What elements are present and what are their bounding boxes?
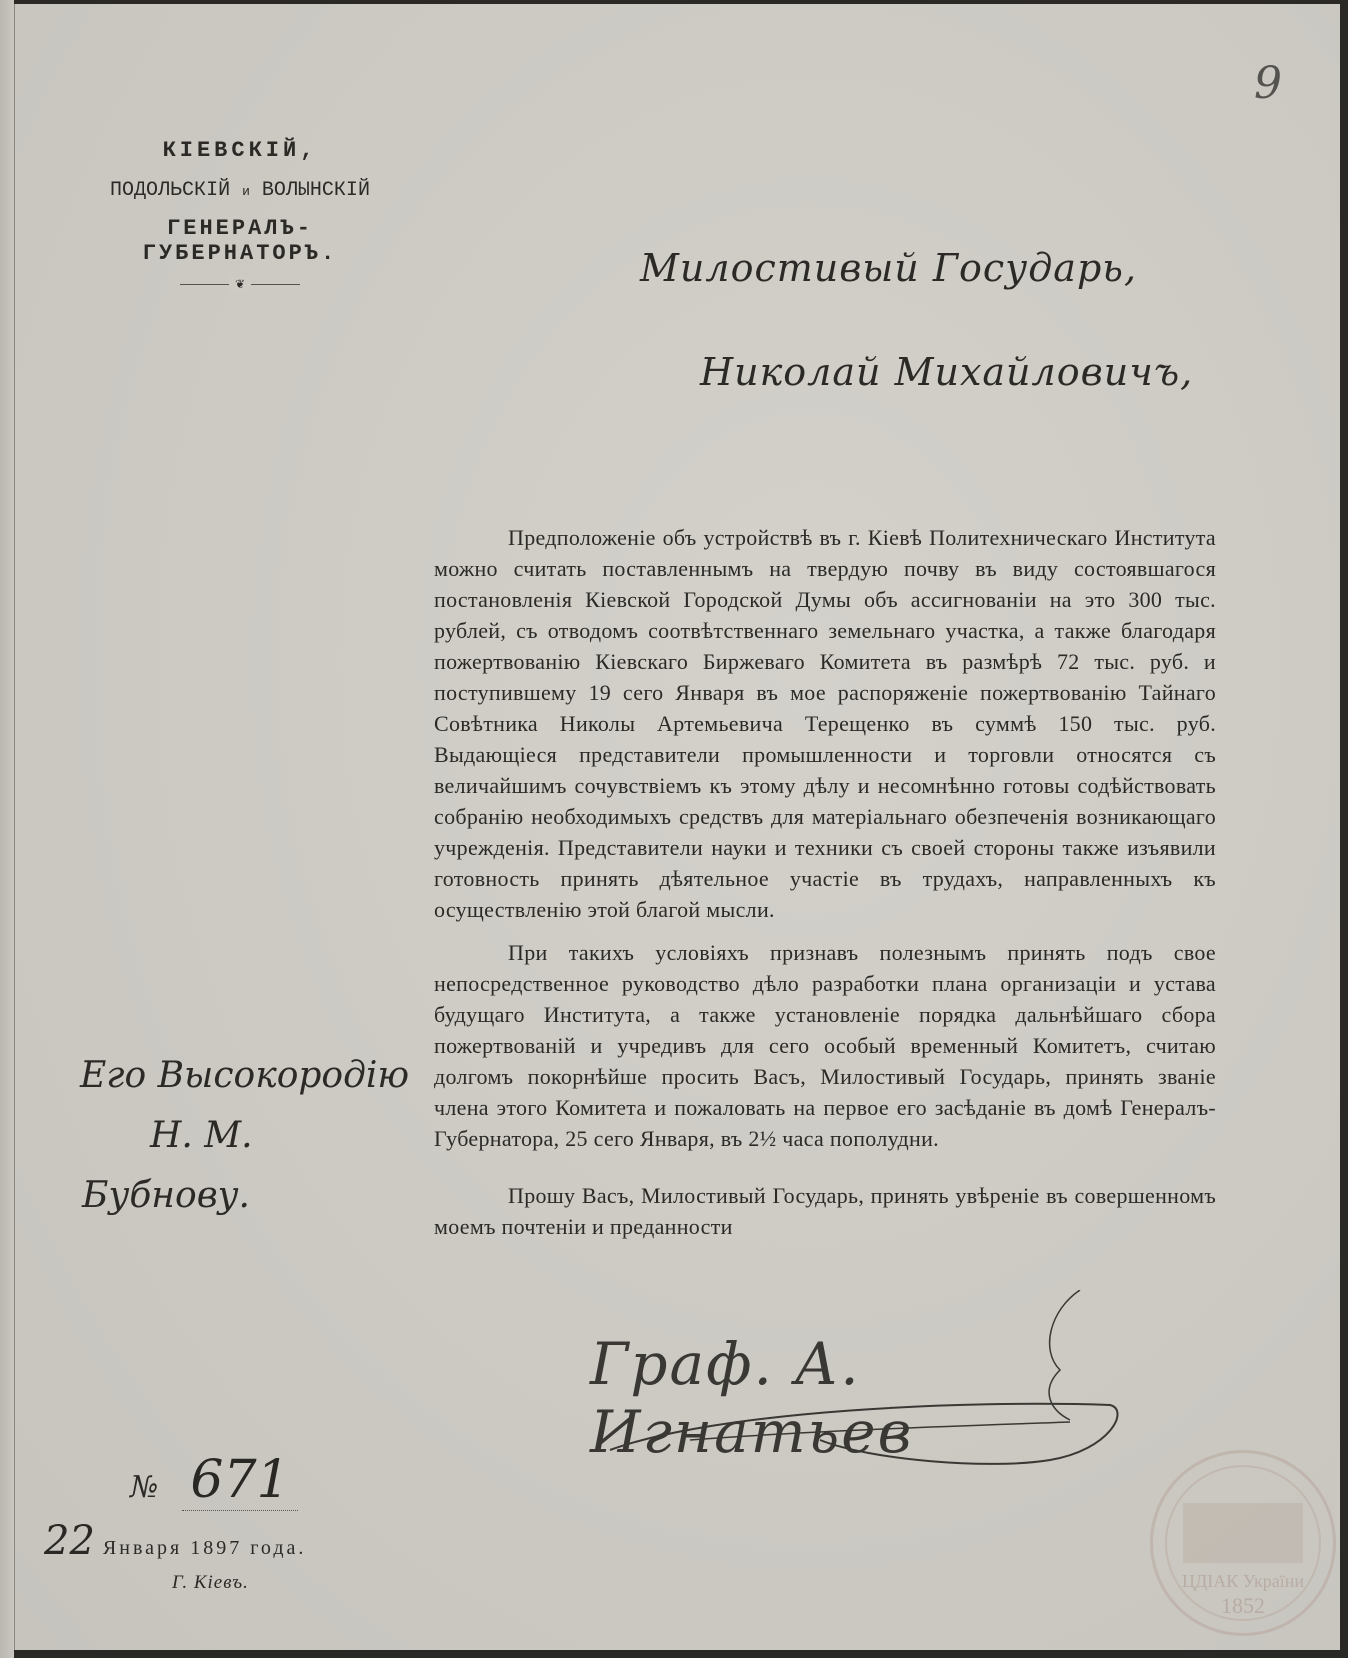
recipient-honorific: Его Высокородію bbox=[80, 1046, 340, 1106]
city: Г. Кіевъ. bbox=[172, 1572, 249, 1594]
book-icon bbox=[1183, 1503, 1303, 1563]
letterhead-line-podolia-volhynia: ПОДОЛЬСКІЙ и ВОЛЫНСКІЙ bbox=[70, 179, 410, 202]
date-line: 22 Января 1897 года. bbox=[44, 1518, 306, 1564]
letterhead-title: ГЕНЕРАЛЪ-ГУБЕРНАТОРЪ. bbox=[70, 216, 410, 266]
page-border bbox=[14, 4, 15, 1650]
signature: Граф. А. Игнатьев bbox=[570, 1290, 1130, 1480]
folio-number: 9 bbox=[1254, 58, 1282, 109]
closing-paragraph: Прошу Васъ, Милостивый Государь, принять… bbox=[434, 1180, 1216, 1242]
recipient-initials: Н. М. bbox=[80, 1106, 340, 1166]
number-value: 671 bbox=[182, 1450, 297, 1511]
number-sign: № bbox=[130, 1470, 158, 1505]
recipient-surname: Бубнову. bbox=[80, 1166, 340, 1226]
letterhead-line-kiev: КІЕВСКІЙ, bbox=[70, 138, 410, 163]
letterhead-podolia: ПОДОЛЬСКІЙ bbox=[110, 179, 230, 202]
archive-stamp: ЦДІАК України 1852 bbox=[1150, 1450, 1336, 1636]
adjacent-page-edge bbox=[0, 0, 14, 1658]
fleuron-icon: ❦ bbox=[229, 277, 251, 291]
date-day: 22 bbox=[44, 1518, 95, 1564]
date-month-year: Января 1897 года. bbox=[103, 1537, 306, 1559]
addressee-name: Николай Михайловичъ, bbox=[700, 350, 1193, 394]
ornament-divider: ❦ bbox=[180, 278, 300, 290]
stamp-label: ЦДІАК України bbox=[1153, 1571, 1333, 1592]
signature-text: Граф. А. Игнатьев bbox=[590, 1330, 1130, 1466]
salutation: Милостивый Государь, bbox=[640, 246, 1137, 290]
letterhead-and: и bbox=[242, 184, 250, 199]
recipient-block: Его Высокородію Н. М. Бубнову. bbox=[80, 1046, 340, 1226]
letterhead: КІЕВСКІЙ, ПОДОЛЬСКІЙ и ВОЛЫНСКІЙ ГЕНЕРАЛ… bbox=[70, 138, 410, 290]
letter-body: Предположеніе объ устройствѣ въ г. Кіевѣ… bbox=[434, 522, 1216, 1242]
document-number: № 671 bbox=[130, 1450, 298, 1510]
letterhead-volhynia: ВОЛЫНСКІЙ bbox=[262, 179, 370, 202]
body-paragraph: При такихъ условіяхъ признавъ полезнымъ … bbox=[434, 937, 1216, 1154]
body-paragraph: Предположеніе объ устройствѣ въ г. Кіевѣ… bbox=[434, 522, 1216, 925]
stamp-year: 1852 bbox=[1153, 1593, 1333, 1619]
